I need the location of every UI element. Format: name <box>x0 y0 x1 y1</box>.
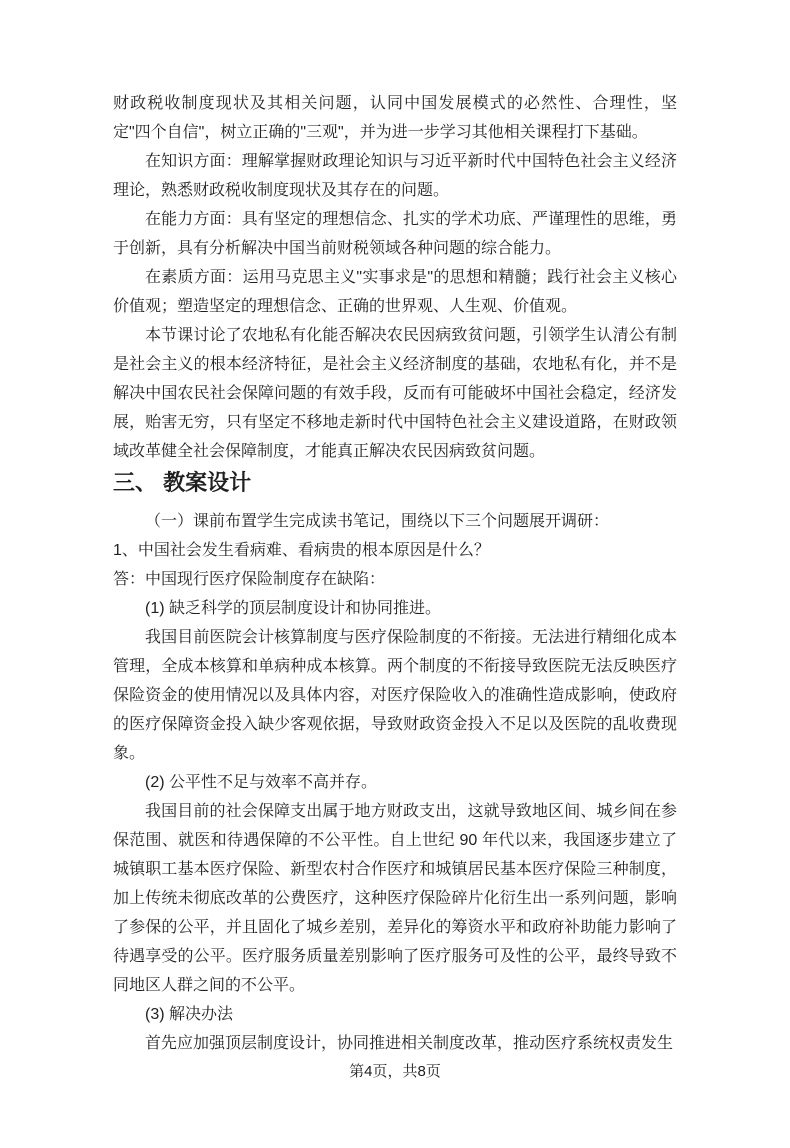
paragraph-defect-2-detail: 我国目前的社会保障支出属于地方财政支出，这就导致地区间、城乡间在参保范围、就医和… <box>113 797 677 1000</box>
page-number: 第4页，共8页 <box>0 1062 790 1082</box>
paragraph-knowledge-objective: 在知识方面：理解掌握财政理论知识与习近平新时代中国特色社会主义经济理论，熟悉财政… <box>113 147 677 205</box>
paragraph-ability-objective: 在能力方面：具有坚定的理想信念、扎实的学术功底、严谨理性的思维，勇于创新，具有分… <box>113 205 677 263</box>
paragraph-defect-1-detail: 我国目前医院会计核算制度与医疗保险制度的不衔接。无法进行精细化成本管理，全成本核… <box>113 623 677 768</box>
paragraph-continued-from-previous-page: 财政税收制度现状及其相关问题，认同中国发展模式的必然性、合理性，坚定"四个自信"… <box>113 89 677 147</box>
paragraph-question-1: 1、中国社会发生看病难、看病贵的根本原因是什么？ <box>113 536 677 565</box>
paragraph-solution-detail: 首先应加强顶层制度设计，协同推进相关制度改革，推动医疗系统权责发生 <box>113 1029 677 1058</box>
paragraph-defect-1-title: (1) 缺乏科学的顶层制度设计和协同推进。 <box>113 594 677 623</box>
paragraph-pre-class-task: （一）课前布置学生完成读书笔记，围绕以下三个问题展开调研： <box>113 507 677 536</box>
document-page: 财政税收制度现状及其相关问题，认同中国发展模式的必然性、合理性，坚定"四个自信"… <box>0 0 790 1148</box>
paragraph-defect-2-title: (2) 公平性不足与效率不高并存。 <box>113 768 677 797</box>
paragraph-lesson-summary: 本节课讨论了农地私有化能否解决农民因病致贫问题，引领学生认清公有制是社会主义的根… <box>113 321 677 466</box>
paragraph-quality-objective: 在素质方面：运用马克思主义"实事求是"的思想和精髓；践行社会主义核心价值观；塑造… <box>113 263 677 321</box>
document-content: 财政税收制度现状及其相关问题，认同中国发展模式的必然性、合理性，坚定"四个自信"… <box>113 89 677 1058</box>
section-heading-lesson-plan-design: 三、 教案设计 <box>113 468 677 498</box>
paragraph-solution-title: (3) 解决办法 <box>113 1000 677 1029</box>
paragraph-answer-intro: 答：中国现行医疗保险制度存在缺陷： <box>113 565 677 594</box>
